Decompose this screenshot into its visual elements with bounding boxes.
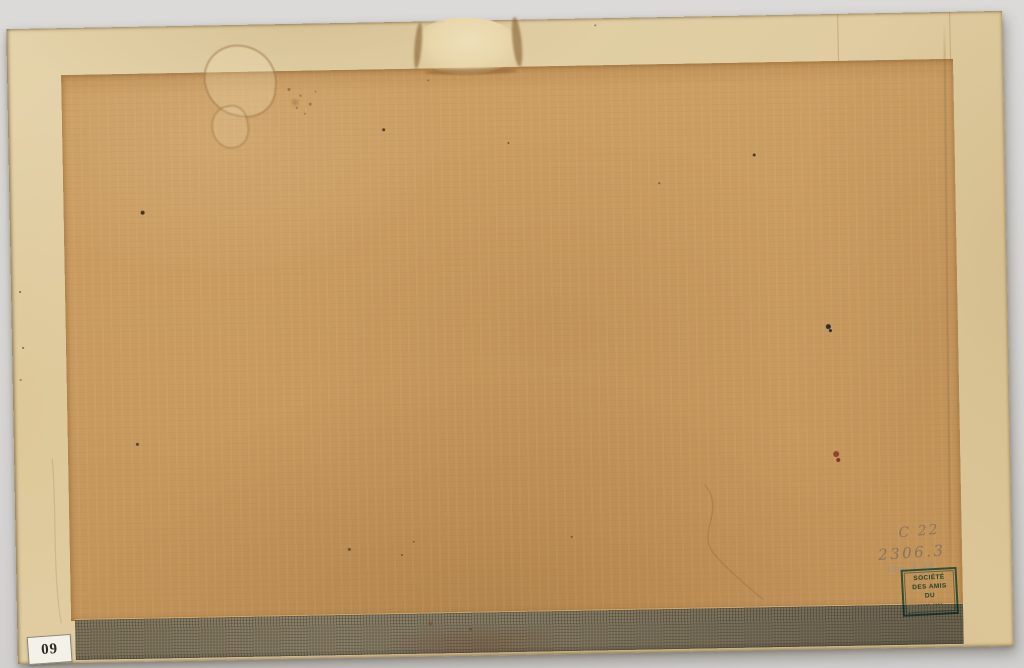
- speck: [20, 379, 22, 381]
- speck: [833, 451, 839, 457]
- speck: [507, 142, 509, 144]
- water-stain-top: [416, 17, 521, 75]
- label-number: 09: [41, 640, 59, 658]
- stain-tide-line: [413, 22, 424, 68]
- speck: [136, 443, 139, 446]
- speck: [658, 182, 660, 184]
- border-seam: [837, 14, 839, 62]
- speck: [836, 458, 840, 462]
- stain-tide-line: [510, 16, 524, 67]
- photo-backdrop: 09 C 22 2306.3 Lim. 6.48 SOCIÉTÉ DES AMI…: [0, 0, 1024, 668]
- speck: [382, 128, 385, 131]
- collection-stamp: SOCIÉTÉ DES AMIS DU ····· ····: [901, 567, 959, 617]
- speck: [19, 291, 21, 293]
- speck: [753, 153, 756, 156]
- collection-stamp-text: SOCIÉTÉ DES AMIS DU ····· ····: [904, 570, 956, 614]
- speck: [469, 628, 472, 631]
- speck: [594, 24, 596, 26]
- speck: [287, 88, 290, 91]
- speck: [22, 347, 24, 349]
- speck: [427, 79, 429, 81]
- speck: [292, 99, 299, 106]
- speck: [413, 541, 415, 543]
- inventory-label: 09: [27, 634, 73, 665]
- speck: [428, 621, 432, 625]
- speck: [348, 548, 351, 551]
- speck: [304, 113, 306, 115]
- verso-paper: [61, 59, 963, 621]
- artwork-backing-board: 09 C 22 2306.3 Lim. 6.48 SOCIÉTÉ DES AMI…: [6, 11, 1013, 664]
- speck: [296, 107, 298, 109]
- speck: [309, 103, 312, 106]
- speck: [829, 329, 832, 332]
- speck: [141, 211, 145, 215]
- speck: [300, 95, 302, 97]
- speck: [571, 536, 573, 538]
- border-seam: [949, 12, 951, 60]
- speck: [314, 91, 316, 93]
- speck: [401, 554, 403, 556]
